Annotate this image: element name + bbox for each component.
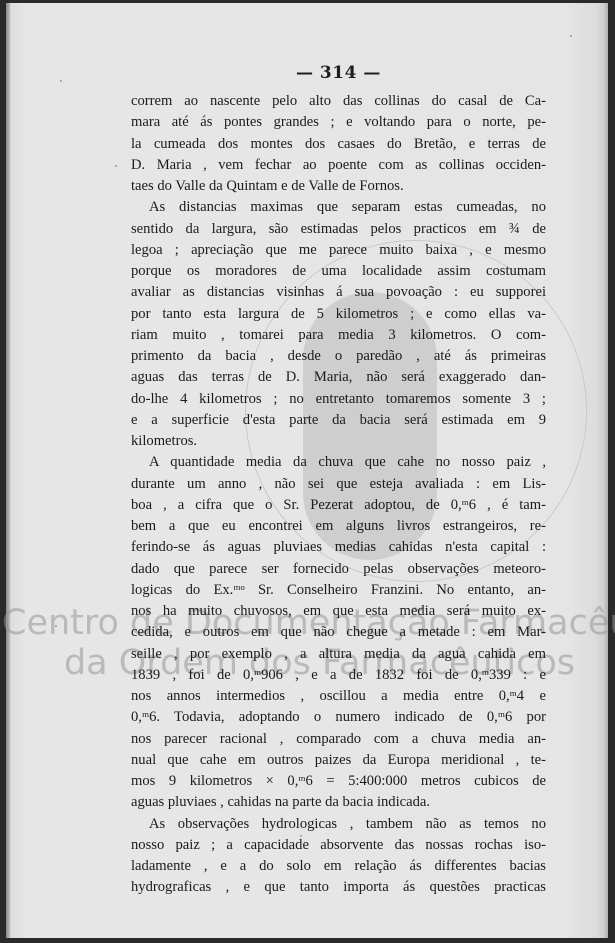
text-line: legoa ; apreciação que me parece muito b… bbox=[131, 240, 546, 261]
page-number: — 314 — bbox=[296, 63, 381, 83]
text-line: nos annos intermedios , oscillou a media… bbox=[131, 686, 546, 707]
text-line: primento da bacia , desde o paredão , at… bbox=[131, 346, 546, 367]
page-outer-edge bbox=[602, 3, 608, 938]
body-text: correm ao nascente pelo alto das collina… bbox=[131, 91, 546, 899]
text-line: aguas pluviaes , cahidas na parte da bac… bbox=[131, 792, 546, 813]
text-line: do-lhe 4 kilometros ; no entretanto toma… bbox=[131, 389, 546, 410]
text-line: mos 9 kilometros × 0,ᵐ6 = 5:400:000 metr… bbox=[131, 771, 546, 792]
text-line: nual que cahe em outros paizes da Europa… bbox=[131, 750, 546, 771]
paragraph: As distancias maximas que separam estas … bbox=[131, 197, 546, 452]
text-line: D. Maria , vem fechar ao poente com as c… bbox=[131, 155, 546, 176]
paper-speck bbox=[60, 80, 62, 82]
text-line: dado que parece ser fornecido pelas obse… bbox=[131, 559, 546, 580]
text-line: 0,ᵐ6. Todavia, adoptando o numero indica… bbox=[131, 707, 546, 728]
text-line: taes do Valle da Quintam e de Valle de F… bbox=[131, 176, 546, 197]
text-line: bem a que eu encontrei em alguns livros … bbox=[131, 516, 546, 537]
text-line: correm ao nascente pelo alto das collina… bbox=[131, 91, 546, 112]
text-line: ferindo-se ás aguas pluviaes medias cahi… bbox=[131, 537, 546, 558]
text-line: kilometros. bbox=[131, 431, 546, 452]
paper-speck bbox=[55, 625, 57, 627]
text-line: boa , a cifra que o Sr. Pezerat adoptou,… bbox=[131, 495, 546, 516]
text-line: 1839 , foi de 0,ᵐ906 , e a de 1832 foi d… bbox=[131, 665, 546, 686]
text-line: nosso paiz ; a capacidade absorvente das… bbox=[131, 835, 546, 856]
paper-speck bbox=[115, 165, 117, 167]
page-binding-edge bbox=[6, 3, 10, 938]
paragraph: A quantidade media da chuva que cahe no … bbox=[131, 452, 546, 813]
paper-speck bbox=[570, 35, 572, 37]
text-line: mara até ás pontes grandes ; e voltando … bbox=[131, 112, 546, 133]
text-line: nos parecer racional , comparado com a c… bbox=[131, 729, 546, 750]
text-line: riam muito , tomarei para media 3 kilome… bbox=[131, 325, 546, 346]
text-line: ladamente , e a do solo em relação ás di… bbox=[131, 856, 546, 877]
text-line: As distancias maximas que separam estas … bbox=[131, 197, 546, 218]
text-line: cedida, e outros em que não chegue a met… bbox=[131, 622, 546, 643]
text-line: la cumeada dos montes dos casaes do Bret… bbox=[131, 134, 546, 155]
text-line: hydrograficas , e que tanto importa ás q… bbox=[131, 877, 546, 898]
text-line: avaliar as distancias visinhas á sua pov… bbox=[131, 282, 546, 303]
text-line: A quantidade media da chuva que cahe no … bbox=[131, 452, 546, 473]
text-line: aguas das terras de D. Maria, não será e… bbox=[131, 367, 546, 388]
text-line: sentido da largura, são estimadas pelos … bbox=[131, 219, 546, 240]
text-line: As observações hydrologicas , tambem não… bbox=[131, 814, 546, 835]
text-line: logicas do Ex.ᵐᵒ Sr. Conselheiro Franzin… bbox=[131, 580, 546, 601]
paper-speck bbox=[300, 835, 302, 837]
text-line: por tanto esta largura de 5 kilometros ;… bbox=[131, 304, 546, 325]
text-line: e a superficie d'esta parte da bacia ser… bbox=[131, 410, 546, 431]
paragraph: correm ao nascente pelo alto das collina… bbox=[131, 91, 546, 197]
text-line: porque os moradores de uma localidade as… bbox=[131, 261, 546, 282]
text-line: nos ha muito chuvosos, em que esta media… bbox=[131, 601, 546, 622]
paragraph: As observações hydrologicas , tambem não… bbox=[131, 814, 546, 899]
text-line: durante um anno , não sei que esteja ava… bbox=[131, 474, 546, 495]
text-line: seille , por exemplo , a altura media da… bbox=[131, 644, 546, 665]
